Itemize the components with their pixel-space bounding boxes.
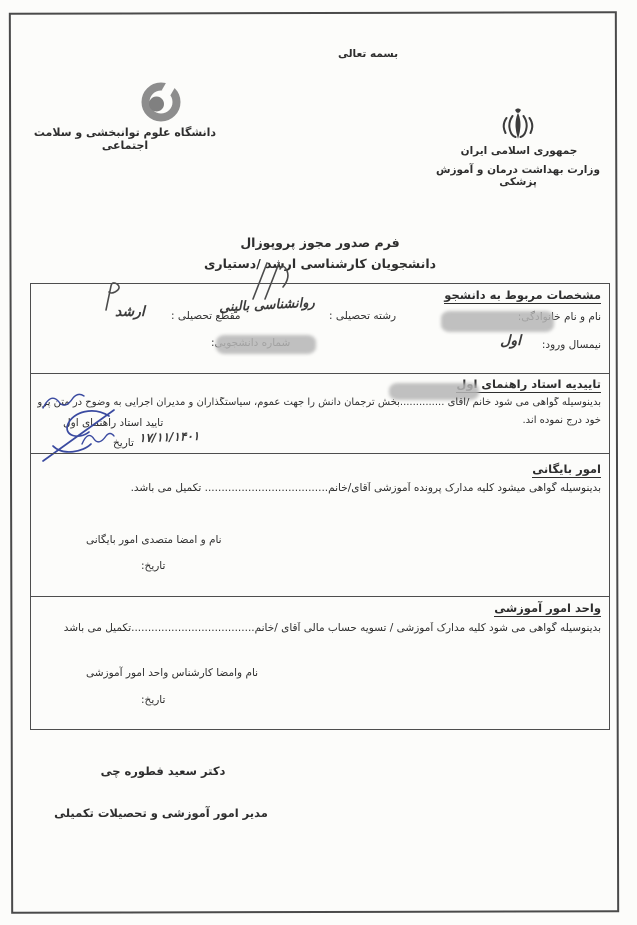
form-title-line1: فرم صدور مجوز پروپوزال [198, 235, 442, 250]
section-divider [31, 453, 609, 454]
form-title-line2: دانشجویان کارشناسی ارشد /دستیاری [178, 256, 462, 271]
redaction-student-name [441, 311, 554, 332]
degree-handwritten: ارشد [115, 304, 145, 320]
section-divider [31, 596, 609, 597]
supervisor-body-line2: خود درج نموده اند. [523, 415, 602, 426]
section-education-header: واحد امور آموزشی [494, 601, 601, 617]
education-sign-label: نام وامضا کارشناس واحد امور آموزشی [86, 667, 258, 679]
entry-semester-label: نیمسال ورود: [542, 339, 601, 351]
education-date-label: تاریخ: [141, 694, 165, 706]
education-body: بدینوسیله گواهی می شود کلیه مدارک آموزشی… [64, 622, 601, 634]
supervisor-date-handwritten: ۱۷/۱۱/۱۴۰۱ [139, 429, 200, 445]
form-table: مشخصات مربوط به دانشجو نام و نام خانوادگ… [30, 283, 610, 730]
field-of-study-label: رشته تحصیلی : [329, 310, 396, 322]
gov-line-1: جمهوری اسلامی ایران [445, 145, 593, 157]
signature-scribble-icon [79, 427, 117, 451]
gov-line-2: وزارت بهداشت درمان و آموزش پزشکی [432, 164, 604, 188]
university-logo-icon [138, 80, 184, 126]
section-archive-header: امور بایگانی [532, 462, 601, 478]
degree-label: مقطع تحصیلی : [171, 310, 241, 322]
redaction-student-number [216, 335, 316, 354]
section-student-header: مشخصات مربوط به دانشجو [444, 288, 601, 304]
entry-semester-handwritten: اول [500, 333, 521, 349]
archive-body: بدینوسیله گواهی میشود کلیه مدارک پرونده … [131, 482, 601, 494]
iran-emblem-icon [498, 106, 538, 144]
section-divider [31, 373, 609, 374]
signatory-name: دکتر سعید فطوره چی [78, 764, 248, 778]
signatory-title: مدیر امور آموزشی و تحصیلات تکمیلی [48, 806, 274, 820]
university-name: دانشگاه علوم توانبخشی و سلامت اجتماعی [14, 126, 236, 152]
archive-sign-label: نام و امضا متصدی امور بایگانی [86, 534, 222, 546]
bismillah-text: بسمه تعالی [318, 48, 418, 60]
archive-date-label: تاریخ: [141, 560, 165, 572]
scanned-form-page: بسمه تعالی دانشگاه علوم توانبخشی و سلامت… [0, 0, 637, 925]
